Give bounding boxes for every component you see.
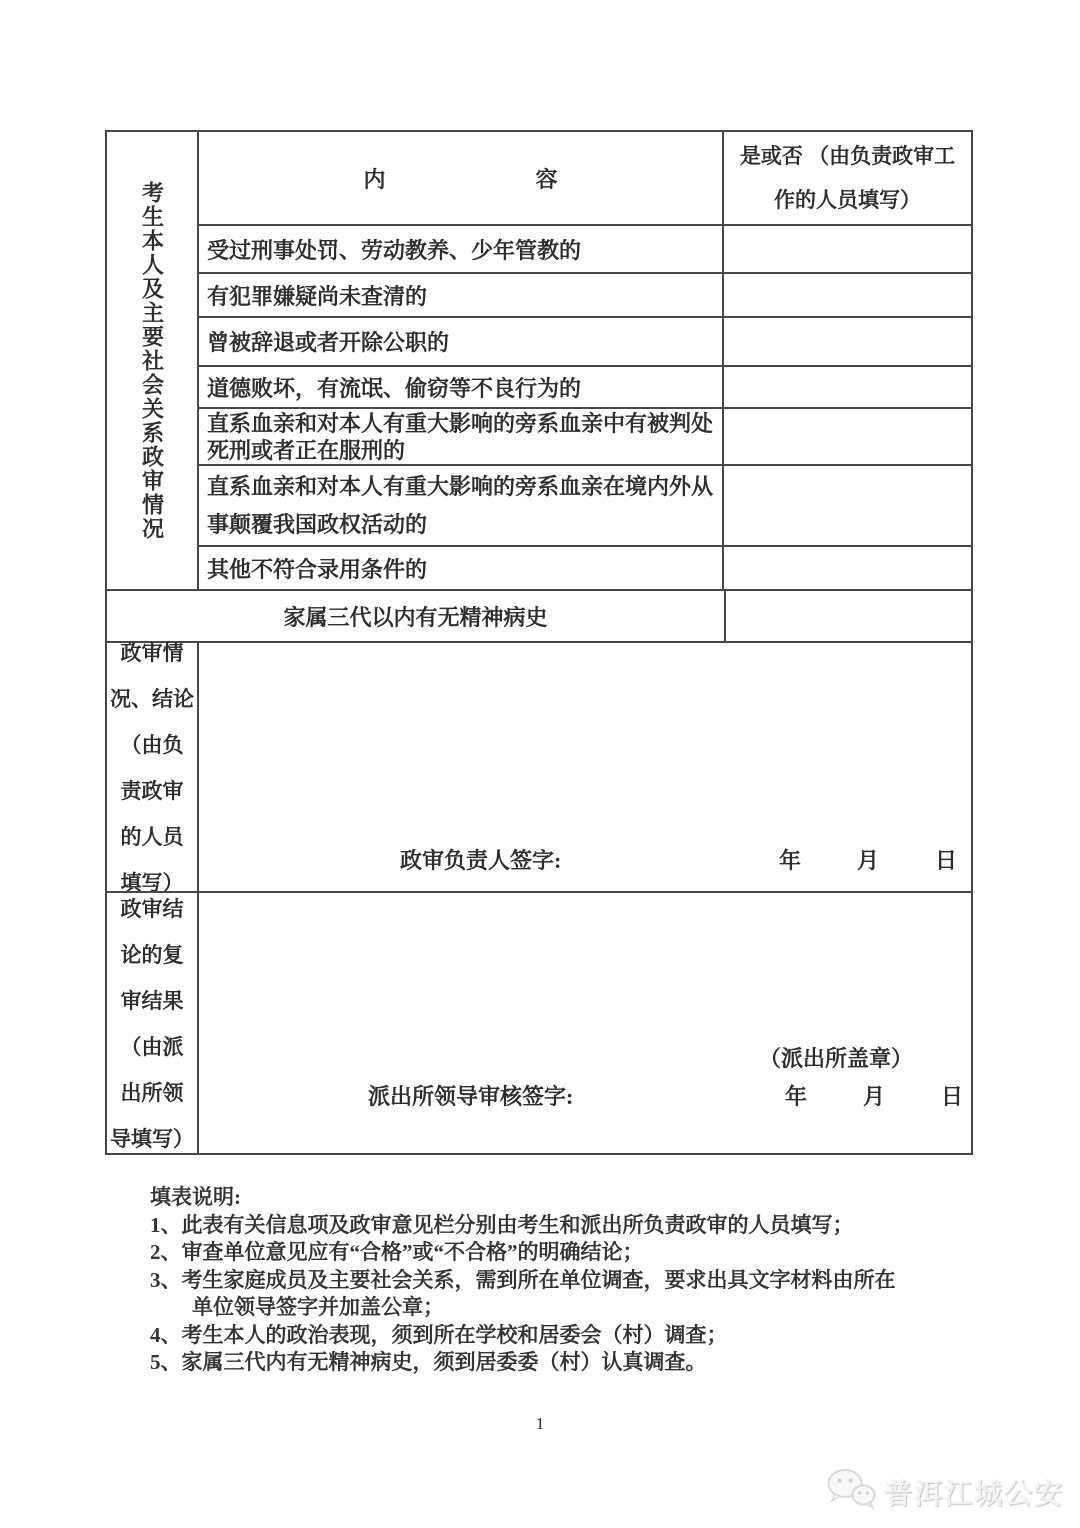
month-label: 月 — [857, 844, 879, 875]
row-content-text: 有犯罪嫌疑尚未查清的 — [207, 280, 722, 311]
label-line: 出所领 — [121, 1077, 184, 1107]
answer-cell — [724, 409, 971, 464]
scanned-form-page: 考生本人及主要社会关系政审情况 内 容 是或否 （由负责政审工 作的人员填写） … — [0, 0, 1080, 1528]
label-line: 政审结 — [121, 893, 184, 923]
vertical-header-cell: 考生本人及主要社会关系政审情况 — [107, 132, 199, 589]
content-header-cell: 内 容 — [199, 132, 724, 224]
month-label: 月 — [863, 1080, 885, 1111]
row-content-text: 其他不符合录用条件的 — [207, 553, 722, 584]
table-header-row: 内 容 是或否 （由负责政审工 作的人员填写） — [199, 132, 971, 224]
wechat-watermark: 普洱江城公安 — [825, 1467, 1064, 1516]
year-label: 年 — [785, 1080, 807, 1111]
filling-instructions: 填表说明: 1、此表有关信息项及政审意见栏分别由考生和派出所负责政审的人员填写；… — [150, 1184, 990, 1377]
political-review-table: 考生本人及主要社会关系政审情况 内 容 是或否 （由负责政审工 作的人员填写） … — [105, 130, 973, 1155]
row-content-text: 直系血亲和对本人有重大影响的旁系血亲中有被判处 — [207, 410, 722, 437]
instruction-item: 3、考生家庭成员及主要社会关系，需到所在单位调查，要求出具文字材料由所在 — [150, 1267, 990, 1295]
table-row: 曾被辞退或者开除公职的 — [199, 316, 971, 365]
row-content-text: 死刑或者正在服刑的 — [207, 437, 722, 464]
answer-cell — [724, 226, 971, 272]
review-items-section: 考生本人及主要社会关系政审情况 内 容 是或否 （由负责政审工 作的人员填写） … — [107, 132, 971, 589]
recheck-result-label: 政审结 论的复 审结果 （由派 出所领 导填写） — [107, 893, 199, 1153]
reviewer-signature-label: 政审负责人签字: — [400, 844, 561, 875]
table-row: 直系血亲和对本人有重大影响的旁系血亲中有被判处 死刑或者正在服刑的 — [199, 407, 971, 464]
label-line: 责政审 — [121, 775, 184, 805]
label-line: （由派 — [121, 1031, 184, 1061]
review-conclusion-section: 政审情 况、结论 （由负 责政审 的人员 填写） 政审负责人签字: 年 月 日 — [107, 641, 971, 891]
answer-cell — [724, 547, 971, 589]
table-row: 道德败坏，有流氓、偷窃等不良行为的 — [199, 365, 971, 407]
yes-no-header-line1: 是或否 （由负责政审工 — [740, 134, 955, 178]
day-label: 日 — [935, 844, 957, 875]
label-line: 导填写） — [110, 1123, 194, 1153]
instruction-item: 5、家属三代内有无精神病史，须到居委委（村）认真调查。 — [150, 1349, 990, 1377]
recheck-result-area: （派出所盖章） 派出所领导审核签字: 年 月 日 — [199, 893, 971, 1153]
answer-cell — [724, 367, 971, 407]
instruction-item: 2、审查单位意见应有“合格”或“不合格”的明确结论； — [150, 1239, 990, 1267]
family-history-row: 家属三代以内有无精神病史 — [107, 589, 971, 641]
year-label: 年 — [779, 844, 801, 875]
label-line: 况、结论 — [110, 683, 194, 713]
table-row: 其他不符合录用条件的 — [199, 545, 971, 589]
label-line: 的人员 — [121, 821, 184, 851]
label-line: （由负 — [121, 729, 184, 759]
instructions-title: 填表说明: — [150, 1184, 990, 1212]
instruction-item-continued: 单位领导签字并加盖公章； — [150, 1294, 990, 1322]
station-leader-signature-label: 派出所领导审核签字: — [368, 1080, 573, 1111]
review-conclusion-area: 政审负责人签字: 年 月 日 — [199, 643, 971, 891]
review-conclusion-label: 政审情 况、结论 （由负 责政审 的人员 填写） — [107, 643, 199, 891]
answer-cell — [724, 318, 971, 365]
station-stamp-note: （派出所盖章） — [759, 1042, 913, 1073]
answer-cell — [724, 466, 971, 545]
yes-no-header-line2: 作的人员填写） — [774, 178, 921, 222]
review-rows: 内 容 是或否 （由负责政审工 作的人员填写） 受过刑事处罚、劳动教养、少年管教… — [199, 132, 971, 589]
table-row: 直系血亲和对本人有重大影响的旁系血亲在境内外从 事颠覆我国政权活动的 — [199, 464, 971, 545]
vertical-header-text: 考生本人及主要社会关系政审情况 — [137, 181, 168, 541]
row-content-text: 曾被辞退或者开除公职的 — [207, 326, 722, 357]
page-number: 1 — [0, 1414, 1080, 1434]
family-history-text: 家属三代以内有无精神病史 — [283, 601, 547, 632]
content-header-left: 内 — [363, 163, 385, 194]
day-label: 日 — [941, 1080, 963, 1111]
wechat-icon — [825, 1467, 877, 1516]
yes-no-header-cell: 是或否 （由负责政审工 作的人员填写） — [724, 132, 971, 224]
row-content-text: 直系血亲和对本人有重大影响的旁系血亲在境内外从 — [207, 468, 722, 506]
answer-cell — [726, 591, 971, 641]
row-content-text: 事颠覆我国政权活动的 — [207, 506, 722, 544]
instruction-item: 1、此表有关信息项及政审意见栏分别由考生和派出所负责政审的人员填写； — [150, 1212, 990, 1240]
recheck-result-section: 政审结 论的复 审结果 （由派 出所领 导填写） （派出所盖章） 派出所领导审核… — [107, 891, 971, 1153]
table-row: 受过刑事处罚、劳动教养、少年管教的 — [199, 224, 971, 272]
row-content-text: 受过刑事处罚、劳动教养、少年管教的 — [207, 234, 722, 265]
label-line: 政审情 — [121, 637, 184, 667]
watermark-text: 普洱江城公安 — [884, 1472, 1064, 1512]
content-header-right: 容 — [536, 163, 558, 194]
answer-cell — [724, 274, 971, 316]
row-content-text: 道德败坏，有流氓、偷窃等不良行为的 — [207, 372, 722, 403]
instruction-item: 4、考生本人的政治表现，须到所在学校和居委会（村）调查； — [150, 1322, 990, 1350]
table-row: 有犯罪嫌疑尚未查清的 — [199, 272, 971, 316]
label-line: 审结果 — [121, 985, 184, 1015]
label-line: 论的复 — [121, 939, 184, 969]
